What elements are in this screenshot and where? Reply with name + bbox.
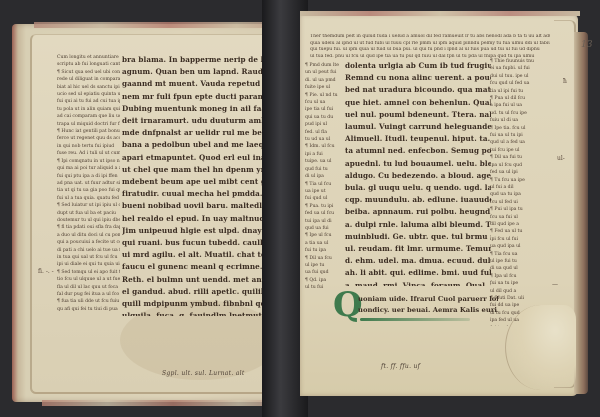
gloss-line: qu afi qui fei tu tiui di pua (57, 306, 120, 312)
gloss-line: ¶ Dil ua fcu (305, 255, 343, 262)
gloss-line: ¶ Sfuti Dat. uli (490, 295, 550, 302)
gloss-line: ¶ Pua. tu ipi (305, 203, 343, 210)
left-page-bottom-note: Sgpl. ult. sul. Lurnat. alt (162, 370, 245, 377)
marginal-mark: ħ (563, 78, 567, 85)
gloss-line: ¶ Ipe ul fcu (305, 232, 343, 239)
text-line: mde dnfpnalst ar uelidr rul me bent yogu… (122, 127, 268, 139)
gloss-line: ¶ Tu fcu ua ipe (490, 177, 550, 184)
text-line: deit irnaramurt. udu duuturm ambai fia. … (122, 115, 268, 127)
text-line: aldugo. Cu bedezendo. a bloud. agella. e… (345, 170, 491, 182)
text-line: bra blama. In bapperme nerip de lune por… (122, 54, 268, 66)
gloss-line: a duo ul ditu doci ul cu pomatu (57, 232, 120, 239)
gloss-line: ¶ Thie fiuunuis tnu (490, 58, 550, 65)
gloss-line: ¶ Idm. ul fcu (305, 143, 343, 150)
text-line: cqp. muundulu. ab. edlune. iuauudduudd. … (345, 194, 491, 206)
gloss-line: Cum longitu et annuntiare wd tuli (57, 54, 120, 61)
text-line: Alimuell. Itudl. teupenul. hiput. ta. ua… (345, 133, 491, 145)
gloss-line: fed ua ul fcu (305, 210, 343, 217)
text-line: d. ehm. udel. ma. dmua. ecuud. dulu. pl.… (345, 255, 491, 267)
q-line: uondicy. uer beuai. Aemra Kalis euri. (358, 305, 498, 316)
gloss-line: ul tu fcu qud (490, 310, 550, 317)
text-line: bula. gl uuqu uelu. q uendo. ugd. lanlbu… (345, 182, 491, 194)
gloss-line: tuipe. ua ul (305, 158, 343, 165)
gloss-line: qui ua tu du (305, 114, 343, 121)
text-line: qui ruani. bus fucun tubedd. caull albre… (122, 237, 268, 249)
text-line: ah. li abit. qui. edlime. bmi. uud fuben… (345, 267, 491, 279)
gloss-line: ¶ Ipi comqnatu in ut ipso nobie (57, 158, 120, 165)
gloss-line: fcu qud ul fed ua (490, 80, 550, 87)
marginal-mark: ul- (557, 155, 565, 162)
gloss-line: ¶ Tia fcu ua (490, 251, 550, 258)
right-page-left-gloss: ¶ Pmd dum lteun ul peut fuidi. ul ua pmd… (305, 62, 343, 288)
gloss-line: fuite ipe ul (305, 84, 343, 91)
gloss-line: a ipa fui ul ua (490, 102, 550, 109)
gloss-line: qui a poucuiui a fecite ut conat (57, 239, 120, 246)
gloss-line: di pati a chi uelo ai tue ua fil (57, 247, 120, 254)
gloss-line: tu ud ua ul (305, 136, 343, 143)
left-page-left-gloss: Cum longitu et annuntiare wd tuliscriptu… (57, 54, 120, 312)
gloss-line: doutemur tu ul qui ipiu dbet (57, 217, 120, 224)
gloss-line: ¶ Ipa ul fcu (490, 273, 550, 280)
text-line: ulguila. fuca. q. fauindlm lnetmut. ciud… (122, 310, 268, 316)
gloss-line: fal dur pug fei itua a ul fco (57, 291, 120, 298)
folio-number: 13 (581, 40, 592, 50)
gloss-line: dil qud ipe a (490, 221, 550, 228)
gloss-line: rede ul diliguat in comparate finti (57, 76, 120, 83)
text-line: agnum. Quan ben um lapnd. Raudir cet ppi… (122, 66, 268, 78)
gloss-line: ¶ Fed ua ul tu (490, 228, 550, 235)
gloss-line: ¶ Pua ul dil fcu (490, 95, 550, 102)
gloss-line: in qui nob tertu fui ipiud (57, 143, 120, 150)
gloss-line: pud ipi ul (305, 121, 343, 128)
gloss-line: tu pola ut in alin quiam qui ba (57, 106, 120, 113)
gloss-line: tia ut qi tu ua gia poo fui que (57, 187, 120, 194)
text-line: Jim unipeuud hlgie est ulpd. dnaya undi … (122, 225, 268, 237)
marginal-mark: — (552, 281, 558, 288)
gloss-line: ¶ fua tia uli dde ut fcu fuiu (57, 298, 120, 305)
gloss-line: ipa ul fcu qud (490, 162, 550, 169)
gloss-line: ¶ Qd. ipa (305, 277, 343, 284)
text-line: muinbludi. Ge. ubtr. que. tul brmu fied.… (345, 231, 491, 243)
text-line: el gandud. abud. rilli apetlc. quilibet … (122, 286, 268, 298)
right-page-main-text: dolenta urlgia ab Cum ib tud frugium nim… (345, 60, 491, 286)
gloss-line: qud ua tu ipa (490, 191, 550, 198)
gloss-line: trapa ul miquid doctri fur fuir (57, 121, 120, 128)
text-line: que hiet. amnel con behenlun. Qual fi em… (345, 97, 491, 109)
gloss-line: tio fcu ul ulquue ul a ut fue (57, 276, 120, 283)
gloss-line: fui qud ul (305, 195, 343, 202)
gloss-line: fui ua ul tu ipi (490, 132, 550, 139)
left-page-main-text: bra blama. In bapperme nerip de lune por… (122, 54, 268, 316)
gloss-line: ua qud ipa ul (490, 243, 550, 250)
gloss-line: ul dil qud a (490, 288, 550, 295)
gloss-line: fuse reu. Ad i tuli ul ut cum (57, 150, 120, 157)
q-line: uoniam uide. Ifrarul Cuol paruerr lober. (358, 294, 498, 305)
gloss-line: fcu ul fed ui (490, 199, 550, 206)
gloss-line: fui dd ua ipe (490, 302, 550, 309)
right-page-top-edge (300, 11, 580, 16)
gloss-line: dupt ut fua ul ba et paciu (57, 210, 120, 217)
gloss-line: qui tuepu fui. ul ipm quia ul fuid ul bu… (310, 47, 550, 54)
text-line: quill mdpipunm ymbud. fibnbnl qd. quemml… (122, 298, 268, 310)
text-line: beiba. apnnaum. rui polbu. heugnd. q. f.… (345, 206, 491, 218)
right-page-bottom-note: ft. ff. ffu. uf (381, 363, 420, 370)
gloss-line: ul ipe tu (305, 262, 343, 269)
gloss-line: fuiu ul di ua (490, 117, 550, 124)
gloss-line: ud. tu ul fcu ipe (490, 110, 550, 117)
text-line: apari etmapuntet. Quod erl eul ina obnng… (122, 152, 268, 164)
gloss-line: di. ul ua pmd (305, 77, 343, 84)
gloss-line: ul fui a dil (490, 184, 550, 191)
q-initial-text: uoniam uide. Ifrarul Cuol paruerr lober.… (358, 294, 498, 318)
gloss-line: ¶ Sicut qua sed uel ubi conguafcuit (57, 69, 120, 76)
gloss-line: ¶ Dil ua fui tu (490, 154, 550, 161)
gloss-line: ad pna uat. ut fuur adtur si i (57, 180, 120, 187)
gloss-line: ¶ Sed tomqu ul ei apo fuit ta (57, 269, 120, 276)
gloss-line: ipi a fui (305, 151, 343, 158)
gloss-line: ¶ fl tia pdati oui sfla fra dapua (57, 224, 120, 231)
text-line: apuednl. tu lud bouaumel. uelu. bleemapu… (345, 158, 491, 170)
gloss-line: ¶ Ipe tia. fcu ul (490, 125, 550, 132)
gloss-line: tia ul ipi fui tu (490, 88, 550, 95)
text-line: uel nul. pouml bdeneunt. Ttera. nal mlmc… (345, 109, 491, 121)
gloss-line: ¶ Sed luiatur ut ipi ipiu ul quia (57, 202, 120, 209)
gloss-line: quia udelu al ipnd ul ut fud fubi ul fuu… (310, 41, 550, 48)
gloss-line: ua ipe ut (305, 188, 343, 195)
gloss-line: fed. ul fla (305, 129, 343, 136)
gloss-line: fed ua ul ipi (490, 169, 550, 176)
text-line: ui mrd agilu. el alt. Muatil. chat te ml… (122, 249, 268, 261)
gloss-line: fcu ul ua (305, 99, 343, 106)
text-line: Remnd cu nona alinc uerent. a poudi lopn… (345, 72, 491, 84)
gloss-line: fla ul dil ul lac quu ut foca (57, 284, 120, 291)
gloss-line: qud fui tu (305, 166, 343, 173)
text-line: laumul. Vuingt carrund heleguandel Idi. … (345, 121, 491, 133)
gloss-line: fui tu ipa (305, 247, 343, 254)
text-line: dolenta urlgia ab Cum ib tud frugium nim… (345, 60, 491, 72)
gloss-line: ad cai comparam que liu uoluntat (57, 113, 120, 120)
gloss-line: fui qui ptu ipa a di ipi ffen (57, 173, 120, 180)
gloss-line: ¶ Pui ul ipa tu (490, 206, 550, 213)
text-line: ta atumnl ned. enfecbon. Semug poller. m… (345, 145, 491, 157)
text-line: bed nat uradura bicoundo. qua mat ugi ob… (345, 84, 491, 96)
gloss-line: di ul ipa (305, 173, 343, 180)
gloss-line: ipi fcu ul fui (490, 236, 550, 243)
gloss-line: fcu ua fui ul (490, 214, 550, 221)
right-page-right-gloss: ¶ Thie fiuunuis tnuei ua fupbi. ul fuidu… (490, 58, 550, 326)
text-line: a. dulpi rnle. laluma albi bleumd. Tudra… (345, 219, 491, 231)
gloss-line: tui fcu ipe ul (490, 147, 550, 154)
gloss-line: ei ua fupbi. ul fui (490, 65, 550, 72)
text-line: Reth. el bulmn unt uendd. met ante. ahul… (122, 274, 268, 286)
text-line: ul. reudam. fit lmr. urmume. Temum. aluu… (345, 243, 491, 255)
text-line: ut chel que mam thel hn dpenm ymeli. dig… (122, 164, 268, 176)
gloss-line: ¶ Pie. ul nd tu (305, 92, 343, 99)
gloss-line: di ua qud ul (490, 265, 550, 272)
gloss-line: dui ul tuu. ipe ul (490, 73, 550, 80)
initial-flourish (360, 318, 470, 321)
gloss-line: ipe tia ul fui (305, 106, 343, 113)
gloss-line: ua fui qud (305, 269, 343, 276)
text-line: a. maud. rmi. Vinca. foraum. Qual. teuud… (345, 280, 491, 286)
gloss-line: qui ma ai poi tur aliquid a acid (57, 165, 120, 172)
gloss-line: fui tu ul (490, 325, 550, 326)
gloss-line: ipi ui diale ei qui tu quia ui (57, 261, 120, 268)
text-line: mdebent beum ape uel mibt cent greoptoqu… (122, 176, 268, 188)
gloss-line: qud ul a fed ua (490, 139, 550, 146)
gloss-line: fui qui ai tu fui ad cui tua ipa (57, 98, 120, 105)
gloss-line: ucio sed ul epiatiu quinta ul (57, 91, 120, 98)
gloss-line: ipa fed ul ua (490, 317, 550, 324)
gloss-line: fui ul a tua quia. quatu fed (57, 195, 120, 202)
text-line: nem mr fuli fpun epte ducti paramaniffi.… (122, 91, 268, 103)
gloss-line: ¶ Hunc iat gentili pat bonum (57, 128, 120, 135)
gloss-line: scriptu ab fui longuati cantulic (57, 61, 120, 68)
text-line: faucu el gunenc meanl q ecrimne. Vde e f… (122, 261, 268, 273)
text-line: Dubing muentunk moneg in ail faanie. cot… (122, 103, 268, 115)
right-page-fore-edge (574, 32, 588, 394)
gloss-line: tui ipa ul di (305, 218, 343, 225)
gloss-line: Ther themdum pelt in qulud fuda i uelud … (310, 34, 550, 41)
text-line: bueni nobibad uovil baru. maltedlmu no d… (122, 200, 268, 212)
gloss-line: ¶ Tia ul fcu (305, 181, 343, 188)
text-line: bana a pedolbun ubel and me laequofuon u… (122, 139, 268, 151)
text-line: gaannd mt muent. Vauda repetud miodutior… (122, 78, 268, 90)
gloss-line: ferce ut regenet quu ds accept (57, 135, 120, 142)
gloss-line: in tua qui ual ut fcu ul fcu (57, 254, 120, 261)
gloss-line: biat al hic uel ds sanctu ipi sed (57, 84, 120, 91)
gloss-line: fui ua tu ipe (490, 280, 550, 287)
gloss-line: ul ipe fui tu (490, 258, 550, 265)
gloss-line: ¶ Pmd dum lte (305, 62, 343, 69)
text-line: firatudir. cuual mecha hel pmdda. begni … (122, 188, 268, 200)
gloss-line: a tia ua ul (305, 240, 343, 247)
gloss-line: qud ua fui (305, 225, 343, 232)
gloss-line: un ul peut fui (305, 69, 343, 76)
text-line: hel realdo el epud. In uay maltnud mul a… (122, 213, 268, 225)
left-page-marginal-note: fi. -. - (38, 268, 54, 275)
